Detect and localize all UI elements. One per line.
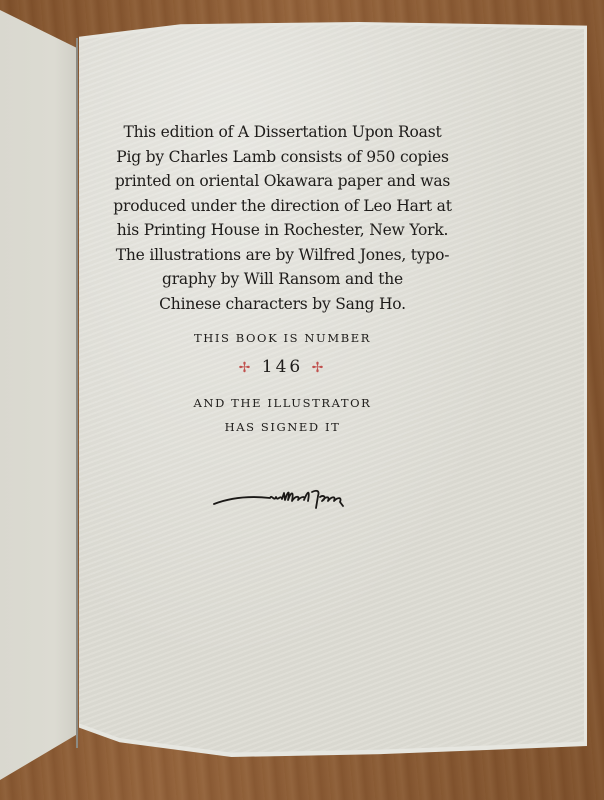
colophon-line: Pig by Charles Lamb consists of 950 copi… bbox=[110, 145, 455, 170]
copy-number: ✢ 146 ✢ bbox=[110, 354, 455, 381]
colophon-line: printed on oriental Okawara paper and wa… bbox=[110, 169, 455, 194]
colophon-text: This edition of A Dissertation Upon Roas… bbox=[110, 120, 455, 316]
book-gutter bbox=[76, 38, 78, 748]
left-page bbox=[0, 10, 78, 780]
red-cross-ornament-icon: ✢ bbox=[312, 360, 327, 376]
colophon-line: Chinese characters by Sang Ho. bbox=[110, 292, 455, 317]
signed-statement: AND THE ILLUSTRATOR HAS SIGNED IT bbox=[110, 391, 455, 439]
colophon-line: This edition of A Dissertation Upon Roas… bbox=[110, 120, 455, 145]
copy-number-value: 146 bbox=[262, 357, 303, 377]
red-cross-ornament-icon: ✢ bbox=[239, 360, 254, 376]
signed-line: HAS SIGNED IT bbox=[110, 415, 455, 439]
signed-line: AND THE ILLUSTRATOR bbox=[110, 391, 455, 415]
illustrator-signature: Wilfred Jones bbox=[212, 484, 362, 512]
colophon: This edition of A Dissertation Upon Roas… bbox=[110, 120, 455, 439]
colophon-line: graphy by Will Ransom and the bbox=[110, 267, 455, 292]
number-label: THIS BOOK IS NUMBER bbox=[110, 326, 455, 350]
colophon-line: his Printing House in Rochester, New Yor… bbox=[110, 218, 455, 243]
colophon-line: produced under the direction of Leo Hart… bbox=[110, 194, 455, 219]
colophon-line: The illustrations are by Wilfred Jones, … bbox=[110, 243, 455, 268]
